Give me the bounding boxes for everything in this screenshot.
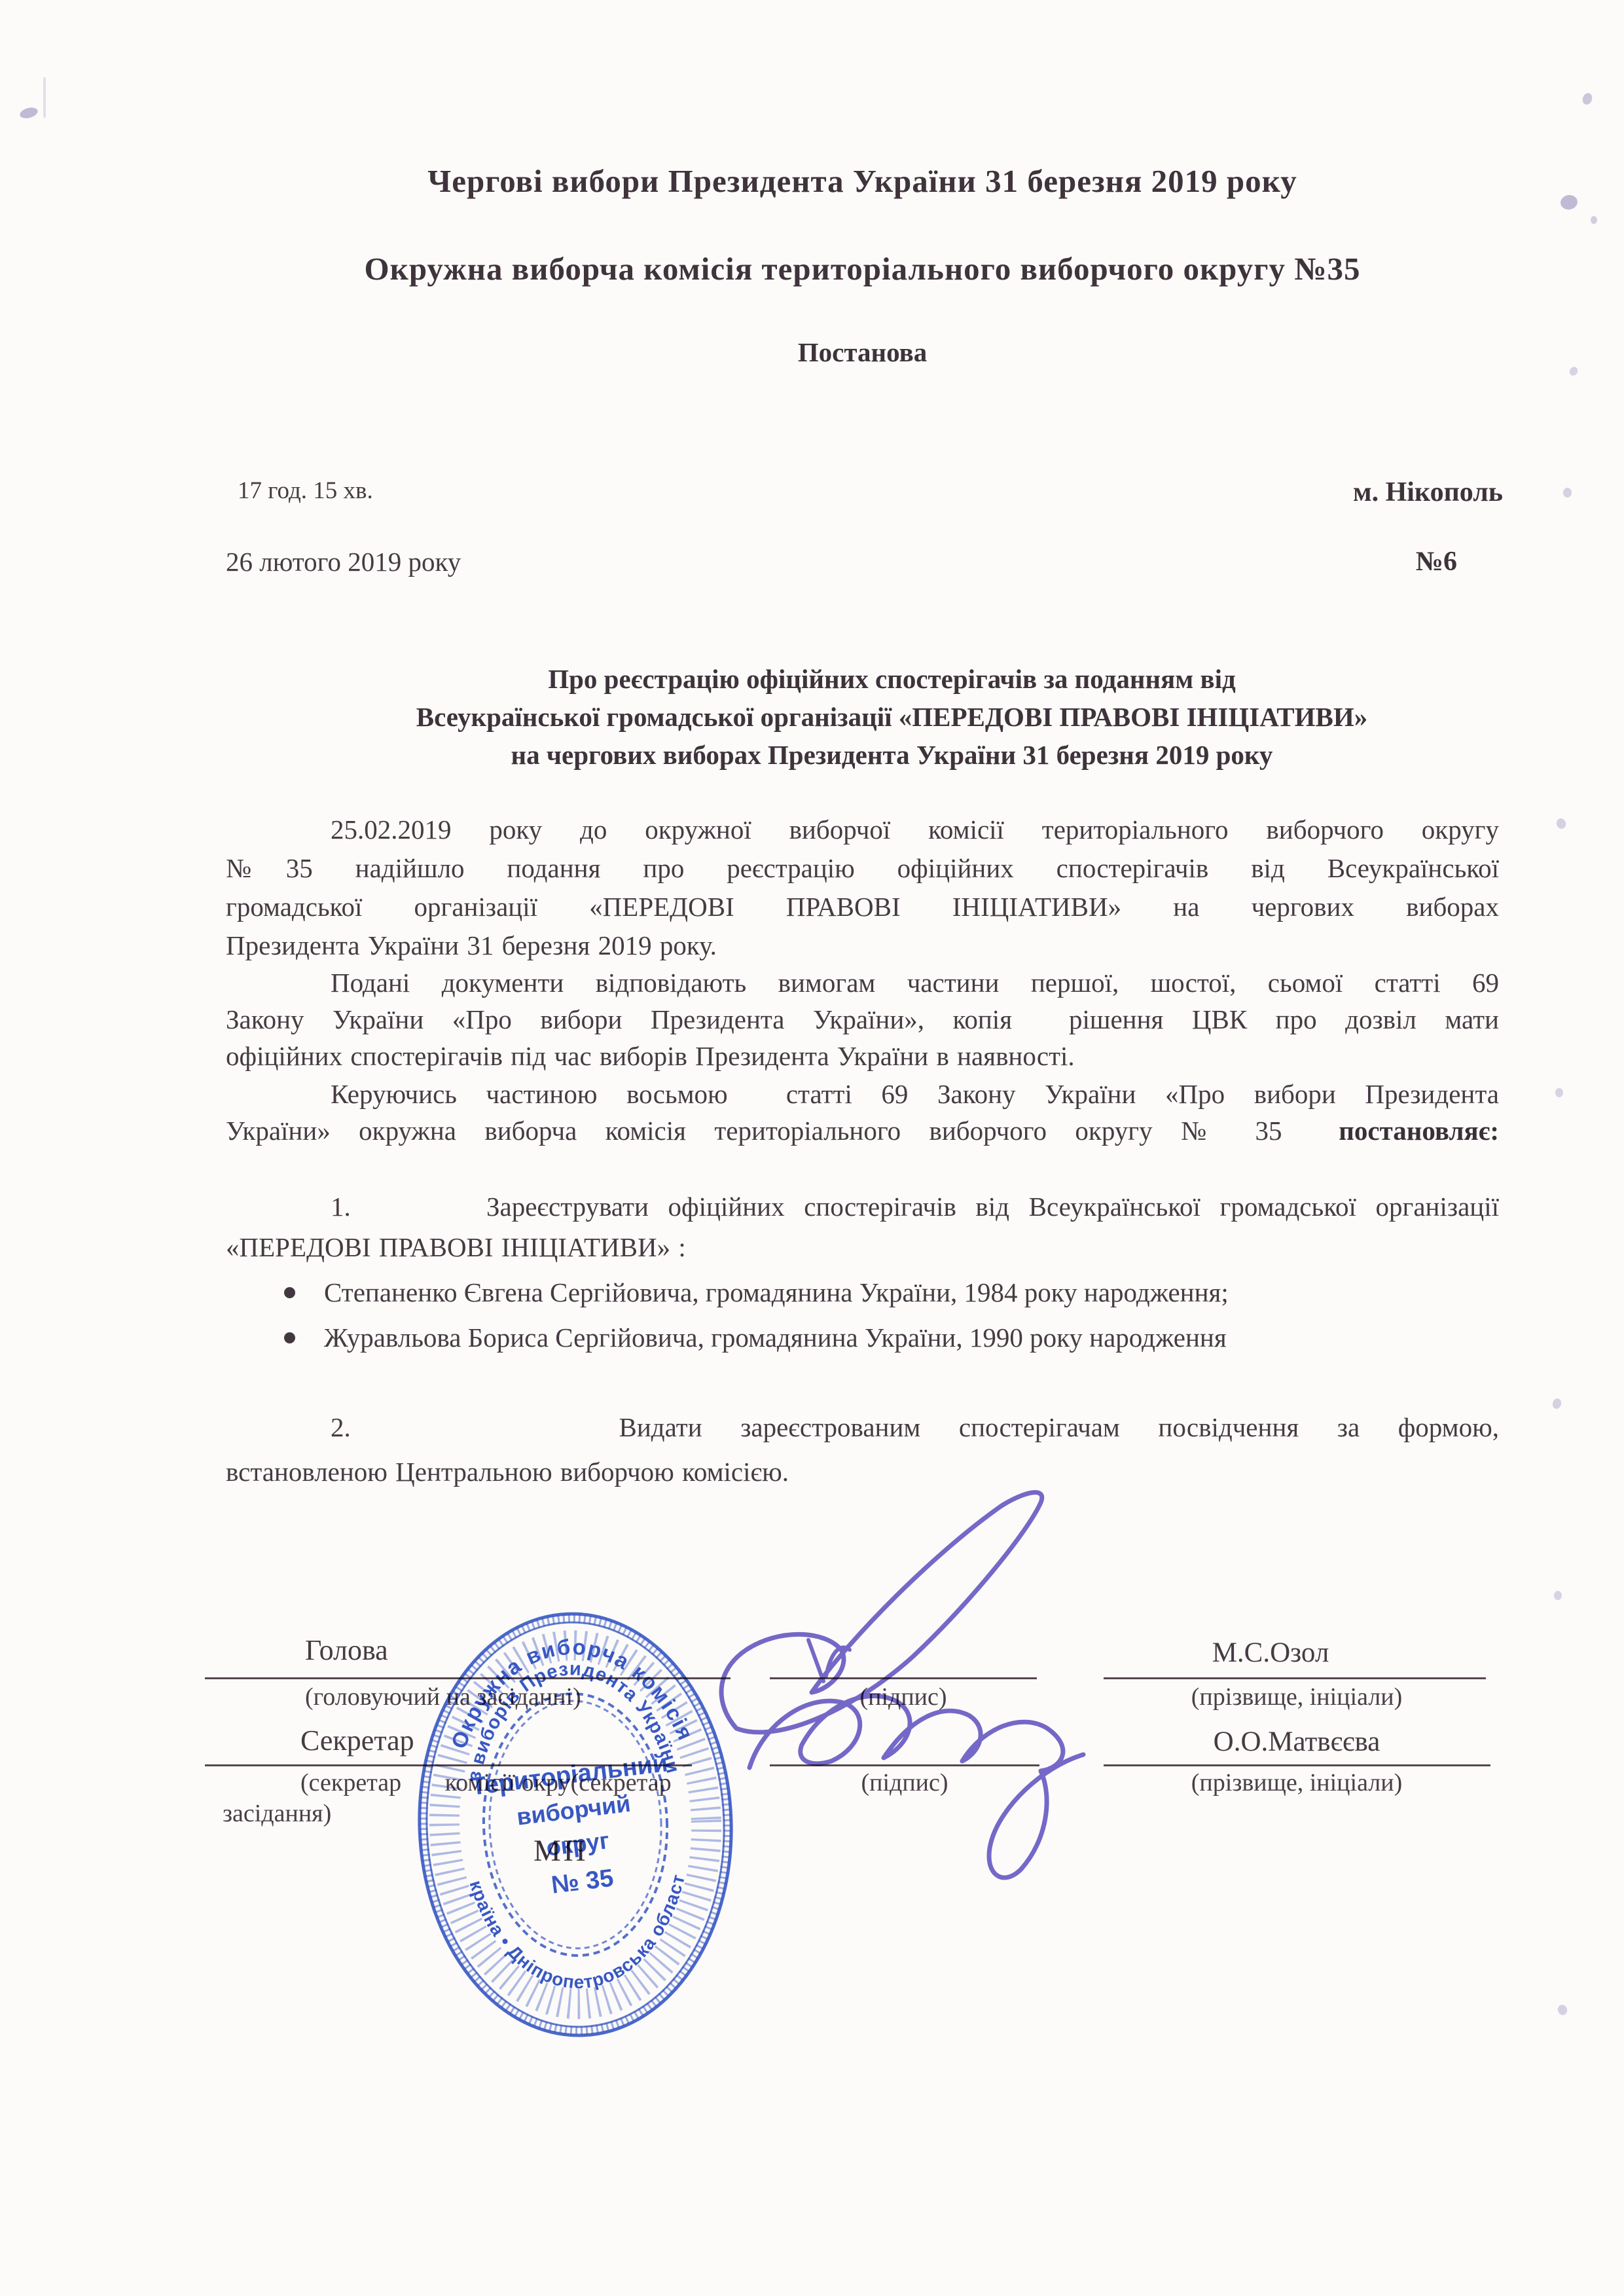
- scan-artifact: [1555, 817, 1567, 830]
- official-round-stamp: Окружна виборча комісія з виборів Презид…: [407, 1602, 744, 2048]
- scan-artifact: [1568, 365, 1579, 377]
- observer-item-2: Журавльова Бориса Сергійовича, громадяни…: [226, 1318, 1499, 1364]
- observer-item-1: Степаненко Євгена Сергійовича, громадяни…: [226, 1273, 1499, 1319]
- head-name-caption: (прізвище, ініціали): [1104, 1683, 1490, 1711]
- observer-name: Степаненко Євгена Сергійовича, громадяни…: [324, 1273, 1229, 1312]
- resolution-keyword: постановляє:: [1339, 1116, 1499, 1146]
- stamp-scallop-ring: [479, 1690, 672, 1959]
- scan-artifact: [1551, 1398, 1562, 1410]
- paragraph-3: Керуючись частиною восьмою статті 69 Зак…: [226, 1076, 1499, 1149]
- secretary-signature-caption: (підпис): [770, 1768, 1039, 1797]
- scan-artifact: [43, 77, 46, 118]
- secretary-role-caption-2: засідання): [223, 1799, 331, 1828]
- stamp-center-text: Територіальний виборчий округ № 35: [469, 1749, 682, 1907]
- secretary-name-caption: (прізвище, ініціали): [1104, 1768, 1490, 1797]
- meta-time: 17 год. 15 хв.: [238, 477, 373, 505]
- bullet-icon: [284, 1332, 295, 1343]
- paragraph-line: України» окружна виборча комісія територ…: [226, 1112, 1499, 1149]
- head-role-label: Голова: [305, 1633, 388, 1667]
- head-name: М.С.Озол: [1104, 1637, 1437, 1669]
- scanned-document: Чергові вибори Президента України 31 бер…: [0, 0, 1624, 2296]
- doc-type-label: Постанова: [226, 337, 1499, 368]
- meta-row-time-city: 17 год. 15 хв. м. Нікополь: [226, 477, 1499, 509]
- meta-city: м. Нікополь: [1353, 477, 1503, 508]
- meta-number: №6: [1416, 546, 1457, 577]
- bullet-icon: [284, 1287, 295, 1298]
- paragraph-line: «ПЕРЕДОВІ ПРАВОВІ ІНІЦІАТИВИ» :: [226, 1227, 1499, 1267]
- paragraph-line: Подані документи відповідають вимогам ча…: [226, 964, 1499, 1001]
- scan-artifact: [19, 106, 39, 120]
- secretary-name: О.О.Матвєєва: [1104, 1726, 1490, 1758]
- head-signature-caption: (підпис): [770, 1683, 1037, 1711]
- scan-artifact: [1559, 194, 1578, 211]
- subject-line-1: Про реєстрацію офіційних спостерігачів з…: [255, 660, 1528, 698]
- scan-artifact: [1563, 488, 1572, 498]
- scan-artifact: [1591, 216, 1597, 224]
- svg-text:Територіальний: Територіальний: [469, 1749, 669, 1801]
- meta-date: 26 лютого 2019 року: [226, 546, 461, 577]
- subject-line-3: на чергових виборах Президента України 3…: [255, 736, 1528, 774]
- paragraph-2: Подані документи відповідають вимогам ча…: [226, 964, 1499, 1074]
- svg-text:виборчий: виборчий: [515, 1790, 632, 1831]
- paragraph-line: 2. Видати зареєстрованим спостерігачам п…: [226, 1405, 1499, 1449]
- scan-artifact: [1554, 1591, 1562, 1600]
- head-signature-stroke-2: [808, 1640, 850, 1681]
- head-signature-line: [770, 1677, 1037, 1679]
- paragraph-line: Президента України 31 березня 2019 року.: [226, 926, 1499, 965]
- resolution-item-1: 1. Зареєструвати офіційних спостерігачів…: [226, 1186, 1499, 1267]
- paragraph-1: 25.02.2019 року до окружної виборчої ком…: [226, 811, 1499, 965]
- paragraph-line: №35 надійшло подання про реєстрацію офіц…: [226, 849, 1499, 888]
- svg-text:округ: округ: [545, 1827, 611, 1861]
- paragraph-text: України» окружна виборча комісія територ…: [226, 1116, 1339, 1146]
- resolution-item-2: 2. Видати зареєстрованим спостерігачам п…: [226, 1405, 1499, 1494]
- stamp-graphic: Окружна виборча комісія з виборів Презид…: [407, 1602, 744, 2048]
- paragraph-line: 1. Зареєструвати офіційних спостерігачів…: [226, 1186, 1499, 1227]
- meta-row-date-number: 26 лютого 2019 року №6: [226, 546, 1499, 579]
- doc-title-election: Чергові вибори Президента України 31 бер…: [226, 162, 1499, 200]
- paragraph-line: громадської організації «ПЕРЕДОВІ ПРАВОВ…: [226, 888, 1499, 926]
- paragraph-line: 25.02.2019 року до окружної виборчої ком…: [226, 811, 1499, 849]
- doc-title-commission: Окружна виборча комісія територіального …: [226, 250, 1499, 287]
- paragraph-line: Закону України «Про вибори Президента Ук…: [226, 1001, 1499, 1038]
- subject-heading: Про реєстрацію офіційних спостерігачів з…: [226, 660, 1528, 774]
- scan-artifact: [1557, 2003, 1569, 2016]
- paragraph-line: офіційних спостерігачів під час виборів …: [226, 1038, 1499, 1074]
- scan-artifact: [1581, 92, 1593, 106]
- subject-line-2: Всеукраїнської громадської організації «…: [255, 698, 1528, 736]
- scan-artifact: [1555, 1088, 1563, 1097]
- paragraph-line: Керуючись частиною восьмою статті 69 Зак…: [226, 1076, 1499, 1112]
- secretary-signature-line: [770, 1764, 1039, 1766]
- head-name-line: [1104, 1677, 1486, 1679]
- secretary-role-label: Секретар: [300, 1724, 414, 1757]
- observer-name: Журавльова Бориса Сергійовича, громадяни…: [324, 1318, 1227, 1357]
- paragraph-line: встановленою Центральною виборчою комісі…: [226, 1449, 1499, 1494]
- svg-text:№ 35: № 35: [550, 1865, 615, 1899]
- secretary-name-line: [1104, 1764, 1490, 1766]
